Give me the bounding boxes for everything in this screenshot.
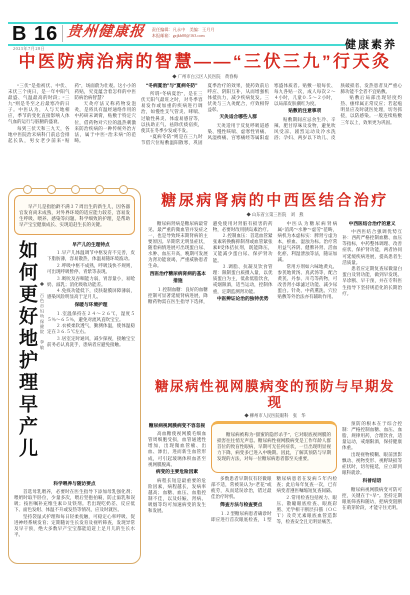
newspaper-page: B 16 贵州健康报 责任编辑：凡永中 美编：王月月 本报邮箱：gzjkb00@… [0,0,410,595]
editor-line-1: 责任编辑：凡永中 美编：王月月 [152,27,215,33]
scallop-dot [95,185,104,194]
article-shiwangmo-byline: ◆ 柳州市人民医院眼科 张 华 [148,413,402,419]
article-preemie-byline: ◆ 百色市妇幼保健院 李敏 [39,282,45,476]
scallop-dot [119,185,128,194]
article-preemie-box: 早产儿是指胎龄不满３７周出生的新生儿，因各器官发育尚未成熟，对外界环境的适应能力… [8,188,141,564]
article-shiwangmo-right-column: 预防的根本在于综合控制：严格控制血糖、血压、血脂，规律用药，合理饮食，适量运动，… [342,421,402,573]
article-preemie-lead-box: 早产儿是指胎龄不满３７周出生的新生儿，因各器官发育尚未成熟，对外界环境的适应能力… [14,195,135,235]
mid-rule [8,44,346,46]
article-tianjiu: 中医防病治病的智慧——“三伏三九”行天灸 ◆ 广州市白云区人民医院 黄春梅 “三… [8,52,402,184]
article-shiwangmo-center: 糖尿病被称为“甜蜜的隐形杀手”，它对眼底视网膜的损害往往悄无声息。糖尿病性视网膜… [211,421,337,573]
scallop-dot [71,185,80,194]
header-divider [62,25,63,42]
article-preemie-vertical-title: 如何更好地护理早产儿 [14,240,38,476]
section-label: 健康素养 [345,36,397,52]
right-column: 糖尿病肾病的中西医结合治疗 ◆ 山东省立第三医院 刘 燕 糖尿病肾病是糖尿病最常… [148,188,402,573]
lower-area: 早产儿是指胎龄不满３７周出生的新生儿，因各器官发育尚未成熟，对外界环境的适应能力… [8,188,402,573]
article-shenbing-headline: 糖尿病肾病的中西医结合治疗 [148,192,402,210]
masthead-logo: 贵州健康报 [66,24,145,41]
article-shiwangmo-lead-box: 糖尿病被称为“甜蜜的隐形杀手”，它对眼底视网膜的损害往往悄无声息。糖尿病性视网膜… [211,421,337,473]
article-preemie-main: 如何更好地护理早产儿 ◆ 百色市妇幼保健院 李敏 早产儿的生理特点１.早产儿体温… [14,240,135,476]
editor-info: 责任编辑：凡永中 美编：王月月 本报邮箱：gzjkb00@163.com [152,24,215,38]
article-tianjiu-headline: 中医防病治病的智慧——“三伏三九”行天灸 [8,52,402,72]
article-shiwangmo-left-column: 糖尿病视网膜病变不容忽视高血糖使视网膜毛细血管周细胞受损，血管通透性增加，出现微… [148,421,206,573]
article-tianjiu-byline: ◆ 广州市白云区人民医院 黄春梅 [8,74,402,80]
article-shiwangmo-center-columns: 多数患者早期仅有轻微眼部不适，常被误认为“老花”或疲劳，从而延误诊治，错过最佳治… [211,476,337,573]
section-code: B 16 [12,24,58,44]
article-shenbing: 糖尿病肾病的中西医结合治疗 ◆ 山东省立第三医院 刘 燕 糖尿病肾病是糖尿病最常… [148,188,402,372]
article-preemie-body-top: 早产儿的生理特点１.早产儿体温调节中枢发育不完善，皮下脂肪薄，容易散热，体温易随… [47,240,135,476]
article-shiwangmo-lead-text: 糖尿病被称为“甜蜜的隐形杀手”，它对眼底视网膜的损害往往悄无声息。糖尿病性视网膜… [217,432,331,462]
article-shiwangmo-body: 糖尿病视网膜病变不容忽视高血糖使视网膜毛细血管周细胞受损，血管通透性增加，出现微… [148,421,402,573]
article-shiwangmo-headline: 糖尿病性视网膜病变的预防与早期发现 [148,379,402,411]
scallop-dot [47,185,56,194]
page-header: B 16 贵州健康报 责任编辑：凡永中 美编：王月月 本报邮箱：gzjkb00@… [12,24,215,44]
article-preemie-lead-text: 早产儿是指胎龄不满３７周出生的新生儿，因各器官发育尚未成熟，对外界环境的适应能力… [19,204,130,228]
editor-line-2: 本报邮箱：gzjkb00@163.com [152,33,215,39]
scallop-dot [23,185,32,194]
article-shenbing-byline: ◆ 山东省立第三医院 刘 燕 [148,212,402,218]
article-tianjiu-body: “三伏”是指初伏、中伏、末伏三个庚日，是一年中阳气最盛、气温最高的时段；“三九”… [8,83,402,184]
article-shenbing-body: 糖尿病肾病是糖尿病最常见、最严重的微血管并发症之一，也是导致终末期肾病的主要原因… [148,221,402,372]
article-shiwangmo: 糖尿病性视网膜病变的预防与早期发现 ◆ 柳州市人民医院眼科 张 华 糖尿病视网膜… [148,372,402,574]
article-preemie-body-bottom: 科学喂养与随访要点首选母乳喂养，必要时在医生指导下添加母乳强化剂；喂奶时取半卧位… [14,479,135,555]
